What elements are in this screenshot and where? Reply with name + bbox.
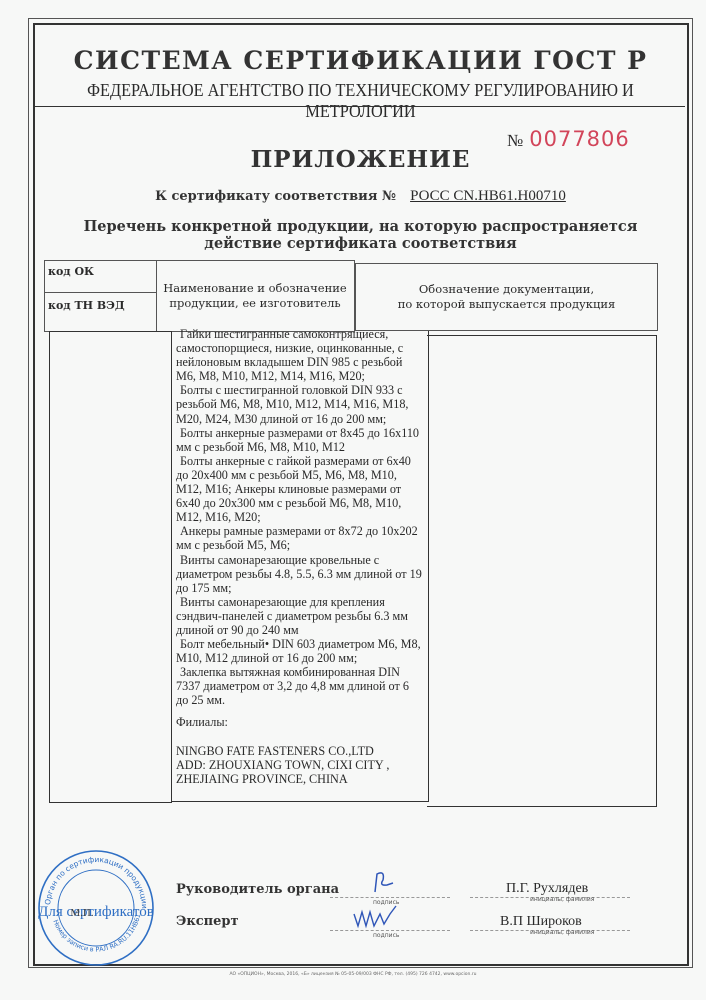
product-item: Гайки шестигранные самоконтрящиеся, само… — [176, 327, 424, 383]
list-heading-line-1: Перечень конкретной продукции, на котору… — [33, 218, 688, 235]
header-doc-line-2: по которой выпускается продукция — [398, 297, 616, 312]
row-documentation-cell — [427, 335, 657, 807]
list-heading-line-2: действие сертификата соответствия — [33, 235, 688, 252]
printer-footer: АО «ОПЦИОН», Москва, 2016, «Б» лицензия … — [0, 972, 706, 977]
signature-line-head — [330, 897, 450, 898]
signatory-role-head: Руководитель органа — [176, 882, 339, 897]
header-documentation: Обозначение документации, по которой вып… — [355, 263, 658, 331]
manufacturer-address-2: ZHEJIAING PROVINCE, CHINA — [176, 772, 389, 786]
row-product-cell: Гайки шестигранные самоконтрящиеся, само… — [171, 331, 429, 802]
header-doc-line-1: Обозначение документации, — [398, 282, 616, 297]
header-product-line-1: Наименование и обозначение — [163, 281, 346, 296]
product-item: Болты с шестигранной головкой DIN 933 с … — [176, 383, 424, 425]
header-code-ok: код ОК — [48, 265, 94, 278]
certificate-reference: К сертификату соответствия №РОСС CN.HB61… — [33, 188, 688, 205]
svg-text:М.П.: М.П. — [70, 907, 93, 919]
product-item: Болты анкерные размерами от 8х45 до 16х1… — [176, 426, 424, 454]
product-item: Анкеры рамные размерами от 8х72 до 10х20… — [176, 524, 424, 552]
certification-stamp: Орган по сертификации продукции ООО «ЦЕТ… — [36, 846, 156, 966]
agency-subtitle: ФЕДЕРАЛЬНОЕ АГЕНТСТВО ПО ТЕХНИЧЕСКОМУ РЕ… — [56, 80, 665, 122]
row-code-cell — [49, 331, 172, 803]
svg-text:Для сертификатов: Для сертификатов — [38, 904, 154, 920]
branches-label: Филиалы: — [176, 715, 228, 730]
header-code-tn-ved: код ТН ВЭД — [48, 299, 125, 312]
product-list: Гайки шестигранные самоконтрящиеся, само… — [176, 327, 424, 708]
list-heading: Перечень конкретной продукции, на котору… — [33, 218, 688, 252]
name-caption-expert: инициалы, фамилия — [530, 929, 594, 936]
header-code-divider — [45, 292, 156, 293]
signature-expert — [350, 902, 400, 930]
manufacturer-name: NINGBO FATE FASTENERS CO.,LTD — [176, 744, 389, 758]
table-header: код ОК код ТН ВЭД Наименование и обознач… — [44, 260, 658, 332]
manufacturer-address-1: ADD: ZHOUXIANG TOWN, CIXI CITY , — [176, 758, 389, 772]
product-item: Болт мебельный• DIN 603 диаметром М6, М8… — [176, 637, 424, 665]
header-product: Наименование и обозначение продукции, ее… — [156, 260, 355, 332]
header-product-line-2: продукции, ее изготовитель — [163, 296, 346, 311]
signatory-name-head: П.Г. Рухлядев — [506, 881, 588, 897]
certificate-number: РОСС CN.HB61.H00710 — [396, 188, 566, 204]
product-item: Болты анкерные с гайкой размерами от 6х4… — [176, 454, 424, 524]
certificate-label: К сертификату соответствия № — [155, 189, 396, 204]
signature-line-expert — [330, 930, 450, 931]
product-item: Винты самонарезающие для крепления сэндв… — [176, 595, 424, 637]
product-item: Винты самонарезающие кровельные с диамет… — [176, 553, 424, 595]
signatory-name-expert: В.П Широков — [500, 914, 582, 930]
system-title: СИСТЕМА СЕРТИФИКАЦИИ ГОСТ Р — [33, 46, 688, 75]
signatory-role-expert: Эксперт — [176, 914, 239, 929]
appendix-title: ПРИЛОЖЕНИЕ — [33, 146, 688, 173]
signature-caption-expert: подпись — [373, 932, 399, 939]
product-item: Заклепка вытяжная комбинированная DIN 73… — [176, 665, 424, 707]
header-code-cell: код ОК код ТН ВЭД — [44, 260, 157, 332]
signature-head — [365, 868, 395, 894]
name-caption-head: инициалы, фамилия — [530, 896, 594, 903]
svg-text:Орган по сертификации продукци: Орган по сертификации продукции ООО «ЦЕТ… — [36, 846, 149, 909]
table-row: Гайки шестигранные самоконтрящиеся, само… — [49, 331, 658, 803]
header-divider — [33, 106, 685, 107]
manufacturer: NINGBO FATE FASTENERS CO.,LTD ADD: ZHOUX… — [176, 744, 389, 786]
